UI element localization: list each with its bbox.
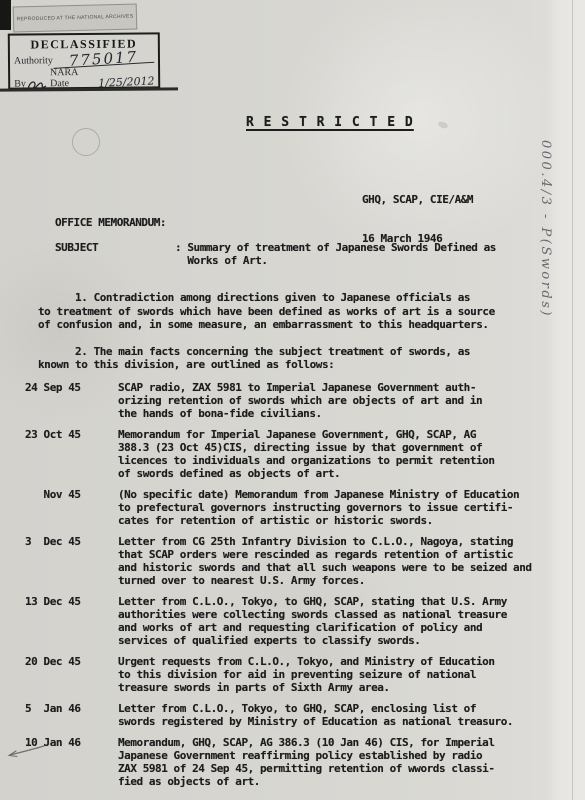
chronology-entry: 5 Jan 46 Letter from C.L.O., Tokyo, to G…: [0, 702, 585, 728]
entry-date: Nov 45: [0, 488, 118, 527]
entry-date: 24 Sep 45: [0, 381, 118, 420]
scan-speck: [437, 120, 448, 129]
entry-text: Letter from C.L.O., Tokyo, to GHQ, SCAP,…: [118, 702, 548, 728]
scanned-memo-page: REPRODUCED AT THE NATIONAL ARCHIVES DECL…: [0, 0, 585, 800]
authority-label: Authority: [14, 55, 53, 66]
entry-text: Urgent requests from C.L.O., Tokyo, and …: [118, 655, 548, 694]
chronology-entry: Nov 45 (No specific date) Memorandum fro…: [0, 488, 585, 527]
subject-text: : Summary of treatment of Japanese Sword…: [175, 241, 575, 267]
office-memorandum-label: OFFICE MEMORANDUM:: [55, 216, 166, 229]
subject-row: SUBJECT : Summary of treatment of Japane…: [55, 241, 575, 267]
national-archives-stamp: REPRODUCED AT THE NATIONAL ARCHIVES: [13, 3, 138, 32]
letterhead-org: GHQ, SCAP, CIE/A&M: [362, 193, 473, 206]
entry-text: Memorandum for Imperial Japanese Governm…: [118, 428, 548, 480]
chronology-entry: 24 Sep 45 SCAP radio, ZAX 5981 to Imperi…: [0, 381, 585, 420]
entry-text: (No specific date) Memorandum from Japan…: [118, 488, 548, 527]
scan-speck: [72, 128, 100, 156]
entry-date: 20 Dec 45: [0, 655, 118, 694]
chronology-entry: 10 Jan 46 Memorandum, GHQ, SCAP, AG 386.…: [0, 736, 585, 788]
chronology-entry: 23 Oct 45 Memorandum for Imperial Japane…: [0, 428, 585, 480]
paragraph-2: 2. The main facts concerning the subject…: [38, 345, 562, 372]
chronology-entry: 13 Dec 45 Letter from C.L.O., Tokyo, to …: [0, 595, 585, 647]
chronology-entry: 3 Dec 45 Letter from CG 25th Infantry Di…: [0, 535, 585, 587]
entry-text: Letter from CG 25th Infantry Division to…: [118, 535, 548, 587]
entry-text: Memorandum, GHQ, SCAP, AG 386.3 (10 Jan …: [118, 736, 548, 788]
national-archives-stamp-text: REPRODUCED AT THE NATIONAL ARCHIVES: [16, 14, 133, 23]
chronology-entry: 20 Dec 45 Urgent requests from C.L.O., T…: [0, 655, 585, 694]
stamp-underline-rule: [0, 87, 178, 91]
entry-date: 5 Jan 46: [0, 702, 118, 728]
pencil-arrow-mark: [4, 740, 46, 764]
entry-date: 3 Dec 45: [0, 535, 118, 587]
paragraph-1: 1. Contradiction among directions given …: [38, 291, 562, 332]
entry-date: 13 Dec 45: [0, 595, 118, 647]
classification-banner: R E S T R I C T E D: [246, 115, 414, 130]
entry-date: 23 Oct 45: [0, 428, 118, 480]
entry-text: Letter from C.L.O., Tokyo, to GHQ, SCAP,…: [118, 595, 548, 647]
scan-black-strip: [0, 0, 11, 30]
declassified-stamp: DECLASSIFIED Authority 775017 By NARA Da…: [8, 32, 160, 89]
nara-date-label: NARA Date: [50, 67, 98, 89]
subject-label: SUBJECT: [55, 241, 175, 267]
entry-text: SCAP radio, ZAX 5981 to Imperial Japanes…: [118, 381, 548, 420]
chronology-list: 24 Sep 45 SCAP radio, ZAX 5981 to Imperi…: [0, 381, 585, 796]
memo-body-paragraphs: 1. Contradiction among directions given …: [38, 291, 562, 385]
